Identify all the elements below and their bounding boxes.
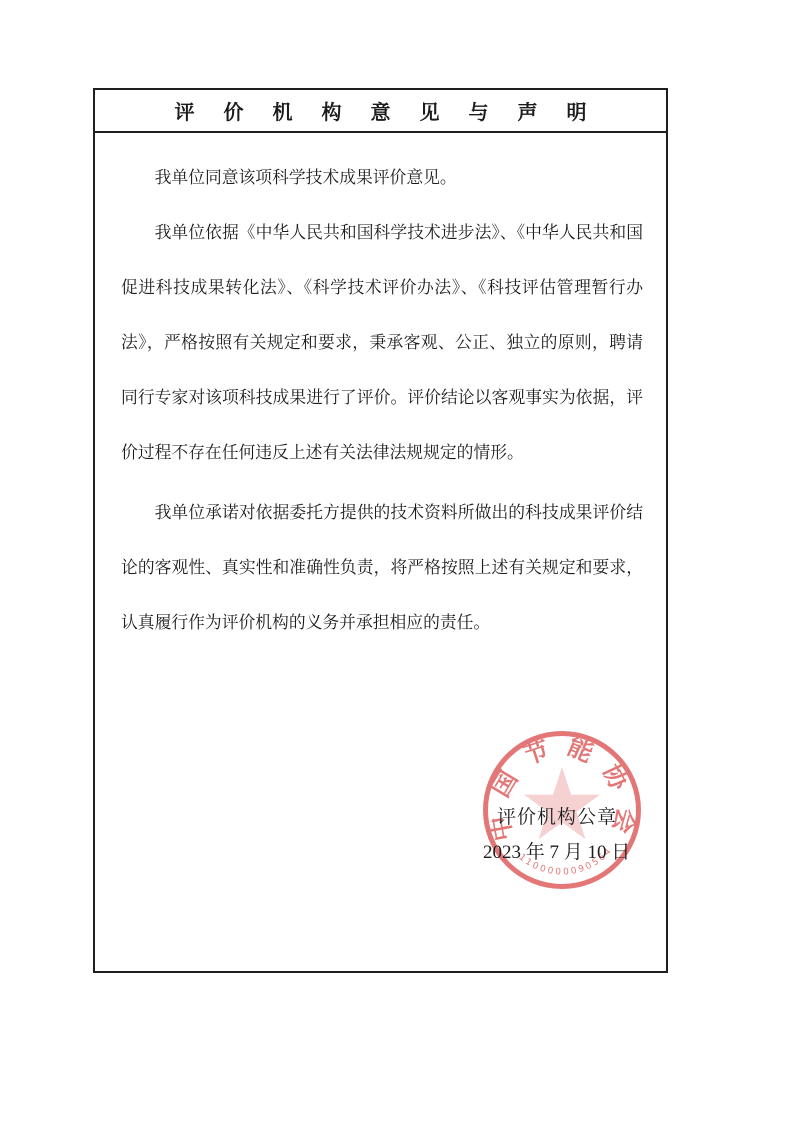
- signature-date: 2023 年 7 月 10 日: [483, 837, 630, 864]
- statement-body: 我单位同意该项科学技术成果评价意见。 我单位依据《中华人民共和国科学技术进步法》…: [95, 133, 666, 650]
- paragraph-agreement: 我单位同意该项科学技术成果评价意见。: [121, 150, 643, 205]
- paragraph-commitment: 我单位承诺对依据委托方提供的技术资料所做出的科技成果评价结论的客观性、真实性和准…: [121, 485, 643, 650]
- signature-seal-label: 评价机构公章: [497, 802, 617, 829]
- page-title: 评价机构意见与声明: [146, 96, 616, 125]
- title-band: 评价机构意见与声明: [95, 90, 666, 133]
- scanned-document-page: 评价机构意见与声明 我单位同意该项科学技术成果评价意见。 我单位依据《中华人民共…: [0, 0, 793, 1121]
- paragraph-legal-basis: 我单位依据《中华人民共和国科学技术进步法》、《中华人民共和国促进科技成果转化法》…: [121, 205, 643, 480]
